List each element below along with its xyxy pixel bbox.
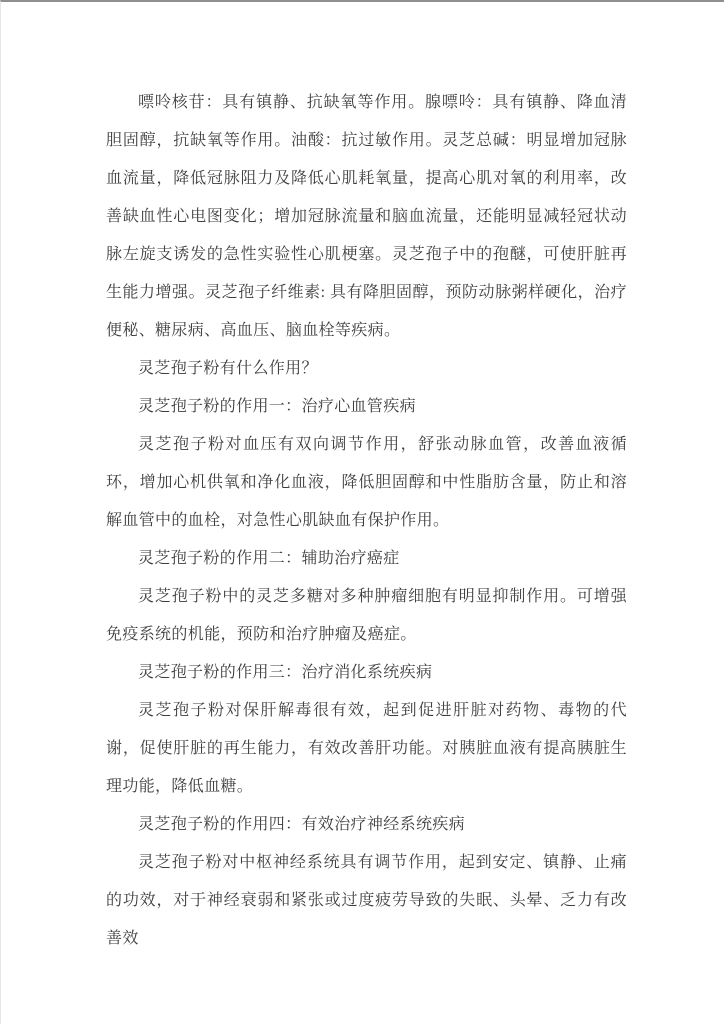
paragraph-effect-4-body: 灵芝孢子粉对中枢神经系统具有调节作用，起到安定、镇静、止痛的功效，对于神经衰弱和… (106, 844, 627, 958)
paragraph-effect-1-body: 灵芝孢子粉对血压有双向调节作用，舒张动脉血管，改善血液循环，增加心机供氧和净化血… (106, 426, 627, 540)
paragraph-effect-3-body: 灵芝孢子粉对保肝解毒很有效，起到促进肝脏对药物、毒物的代谢，促使肝脏的再生能力，… (106, 692, 627, 806)
heading-question: 灵芝孢子粉有什么作用？ (106, 350, 627, 388)
heading-effect-4: 灵芝孢子粉的作用四：有效治疗神经系统疾病 (106, 806, 627, 844)
heading-effect-3: 灵芝孢子粉的作用三：治疗消化系统疾病 (106, 654, 627, 692)
paragraph-components-intro: 嘌呤核苷：具有镇静、抗缺氧等作用。腺嘌呤：具有镇静、降血清胆固醇，抗缺氧等作用。… (106, 84, 627, 350)
paragraph-effect-2-body: 灵芝孢子粉中的灵芝多糖对多种肿瘤细胞有明显抑制作用。可增强免疫系统的机能，预防和… (106, 578, 627, 654)
heading-effect-2: 灵芝孢子粉的作用二：辅助治疗癌症 (106, 540, 627, 578)
heading-effect-1: 灵芝孢子粉的作用一：治疗心血管疾病 (106, 388, 627, 426)
document-page: 嘌呤核苷：具有镇静、抗缺氧等作用。腺嘌呤：具有镇静、降血清胆固醇，抗缺氧等作用。… (0, 0, 724, 1024)
